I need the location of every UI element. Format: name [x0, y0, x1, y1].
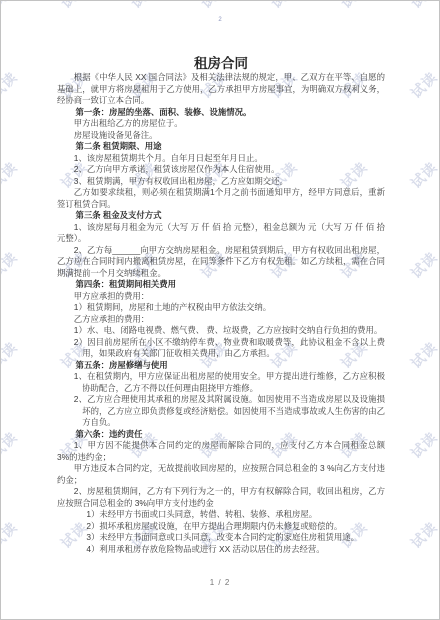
watermark-text: 试读: [56, 1, 91, 13]
page-header-mark: 2: [1, 17, 439, 23]
watermark-text: 试读: [406, 1, 439, 13]
contract-paragraph: 房屋设施设备见备注。: [57, 130, 385, 142]
contract-paragraph: 3）未经甲方书面同意或口头同意，改变本合同约定的家庭住房租赁用途。: [57, 532, 385, 544]
page-title: 租房合同: [57, 55, 385, 72]
contract-paragraph: 2、乙方向甲方承诺，租赁该房屋仅作为本人住宿使用。: [57, 164, 385, 176]
contract-body: 租房合同 根据《中华人民 XX 国合同法》及相关法律法规的规定，甲、乙双方在平等…: [57, 55, 385, 555]
section-heading: 第五条：房屋修缮与使用: [57, 360, 385, 372]
watermark-text: 试读: [1, 517, 22, 552]
contract-paragraph: 1、该房屋每月租金为元（大写 万 仟 佰 拾 元整），租金总额为 元（大写 万 …: [57, 222, 385, 245]
contract-paragraph: 2、房屋租赁期间，乙方有下列行为之一的，甲方有权解除合同，收回出租房，乙方应按照…: [57, 486, 385, 509]
contract-paragraph: 2）损坏承租房屋或设施，在甲方提出合理期限内仍未修复或赔偿的。: [57, 521, 385, 533]
contract-paragraph: 3、租赁期满，甲方有权收回出租房屋，乙方应如期交还。: [57, 176, 385, 188]
contract-page: 试读试读试读试读试读试读试读试读试读试读试读试读试读试读试读试读试读试读试读试读…: [0, 0, 440, 620]
watermark-text: 试读: [1, 1, 22, 13]
contract-paragraph: 甲方出租给乙方的房屋位于。: [57, 118, 385, 130]
contract-paragraph: 2、乙方每______向甲方交纳房屋租金。房屋租赁到期后，甲方有权收回出租房屋，…: [57, 245, 385, 280]
contract-paragraph: 2）因目前房屋所在小区不缴纳停车费、物业费和取暖费等，此协议租金不含以上费用，如…: [57, 337, 385, 360]
watermark-text: 试读: [406, 337, 439, 372]
page-number: 1 / 2: [1, 578, 439, 587]
watermark-text: 试读: [196, 1, 231, 13]
section-heading: 第二条 租赁期限、用途: [57, 141, 385, 153]
watermark-text: 试读: [1, 427, 22, 462]
watermark-text: 试读: [1, 67, 22, 102]
watermark-text: 试读: [406, 67, 439, 102]
contract-paragraph: 1）未经甲方书面或口头同意，转借、转租、装修、承租房屋。: [57, 509, 385, 521]
contract-paragraph: 2、乙方应合理使用其承租的房屋及其附属设施。如因使用不当造成房屋以及设施损坏的，…: [57, 394, 385, 429]
contract-paragraph: 乙方应承担的费用：: [57, 314, 385, 326]
contract-paragraph: 根据《中华人民 XX 国合同法》及相关法律法规的规定，甲、乙双方在平等、自愿的基…: [57, 72, 385, 107]
contract-paragraph: 4）利用承租房存放危险物品或进行 XX 活动以居住的房去经营。: [57, 544, 385, 556]
contract-paragraph: 甲方应承担的费用：: [57, 291, 385, 303]
section-heading: 第三条 租金及支付方式: [57, 210, 385, 222]
section-heading: 第四条：租赁期间相关费用: [57, 279, 385, 291]
section-heading: 第一条：房屋的坐落、面积、装修、设施情况。: [57, 107, 385, 119]
watermark-text: 试读: [406, 247, 439, 282]
watermark-text: 试读: [266, 1, 301, 13]
section-heading: 第六条：违约责任: [57, 429, 385, 441]
watermark-text: 试读: [406, 427, 439, 462]
contract-paragraph: 1）水、电、闭路电视费、燃气费、 费、垃圾费，乙方应按时交纳自行负担的费用。: [57, 325, 385, 337]
contract-paragraph: 1、甲方因不能提供本合同约定的房屋而解除合同的，应支付乙方本合同租金总额 3%的…: [57, 440, 385, 463]
contract-paragraphs: 根据《中华人民 XX 国合同法》及相关法律法规的规定，甲、乙双方在平等、自愿的基…: [57, 72, 385, 555]
watermark-text: 试读: [1, 247, 22, 282]
contract-paragraph: 乙方如要求续租，则必须在租赁期满1个月之前书面通知甲方，经甲方同意后，重新签订租…: [57, 187, 385, 210]
contract-paragraph: 1、该房屋租赁期共个月。自年月日起至年月日止。: [57, 153, 385, 165]
watermark-text: 试读: [406, 517, 439, 552]
watermark-text: 试读: [126, 1, 161, 13]
contract-paragraph: 1）租赁期间，房屋和土地的产权税由甲方依法交纳。: [57, 302, 385, 314]
watermark-text: 试读: [406, 157, 439, 192]
contract-paragraph: 甲方违反本合同约定，无故提前收回房屋的，应按照合同总租金的 3 %向乙方支付违约…: [57, 463, 385, 486]
contract-paragraph: 1、在租赁期内，甲方应保证出租房屋的使用安全。甲方提出进行维修，乙方应积极协助配…: [57, 371, 385, 394]
watermark-text: 试读: [1, 157, 22, 192]
watermark-text: 试读: [1, 337, 22, 372]
watermark-text: 试读: [336, 1, 371, 13]
